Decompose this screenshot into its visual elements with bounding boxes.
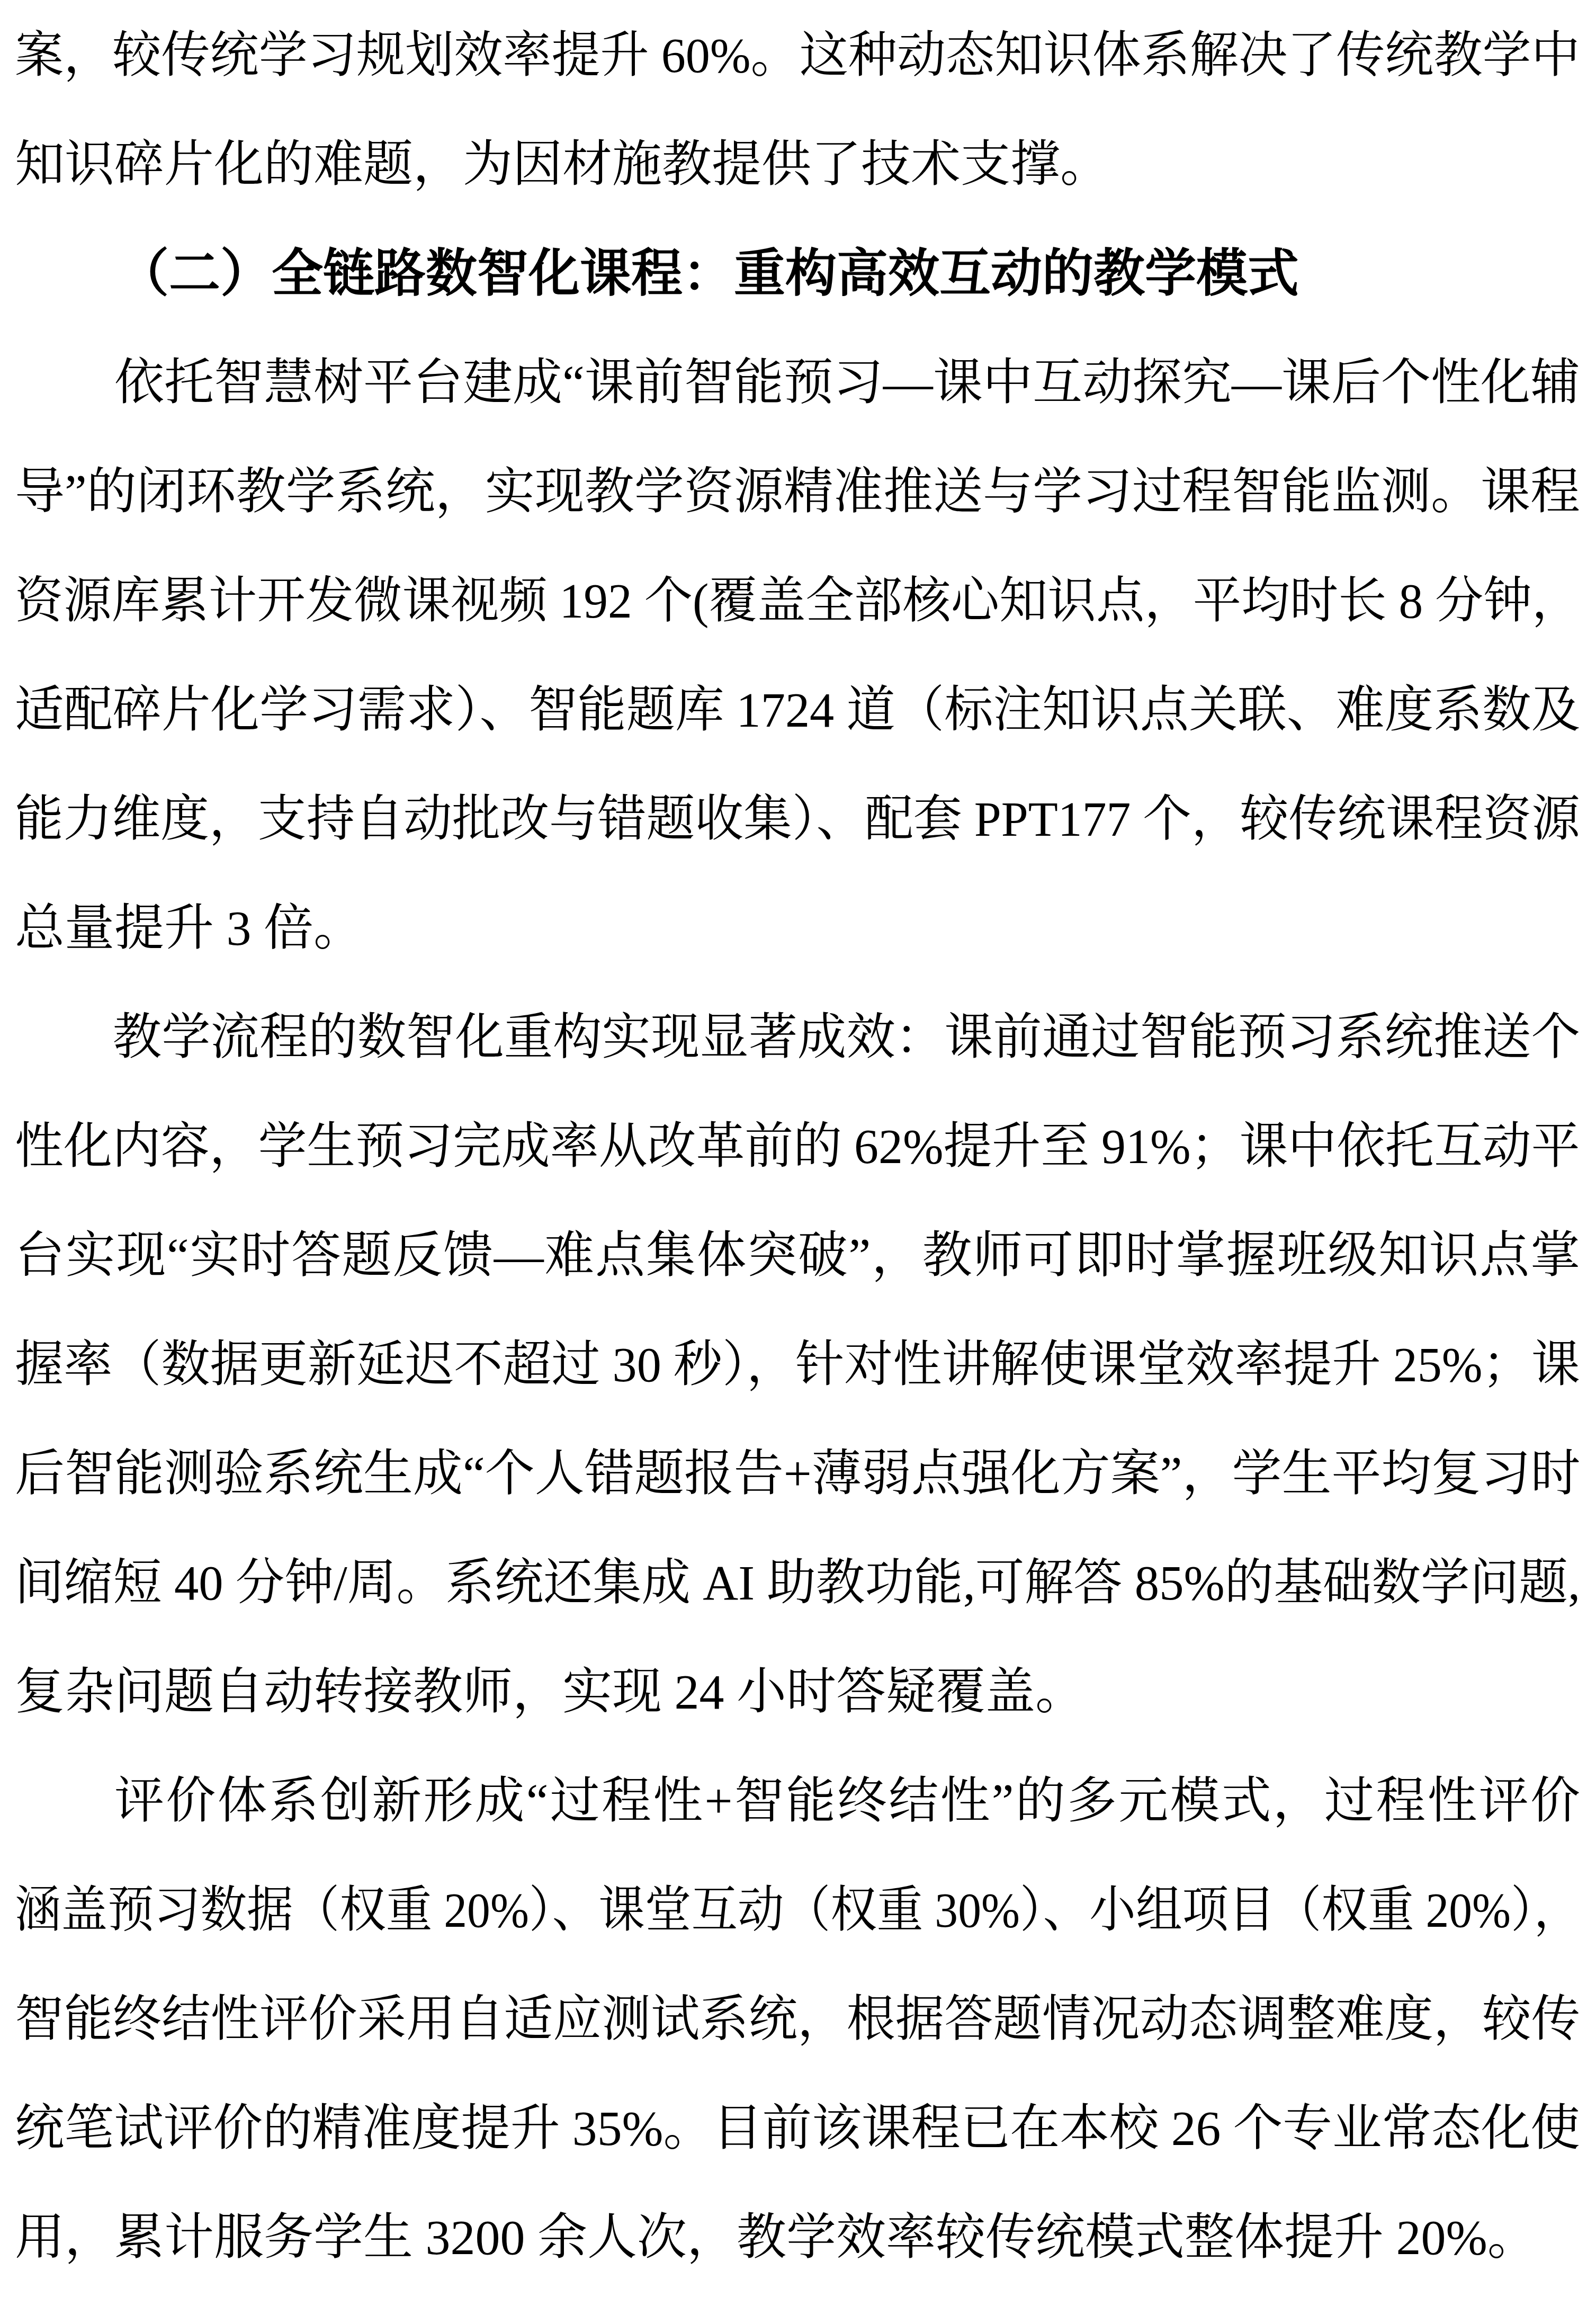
paragraph-line: 评价体系创新形成“过程性+智能终结性”的多元模式，过程性评价 (15, 1747, 1580, 1856)
paragraph-line: 涵盖预习数据（权重 20%）、课堂互动（权重 30%）、小组项目（权重 20%）… (15, 1856, 1474, 1965)
paragraph-line: 依托智慧树平台建成“课前智能预习—课中互动探究—课后个性化辅 (15, 328, 1580, 437)
paragraph-line: 统笔试评价的精准度提升 35%。目前该课程已在本校 26 个专业常态化使 (15, 2074, 1573, 2183)
paragraph-line: 间缩短 40 分钟/周。系统还集成 AI 助教功能,可解答 85%的基础数学问题… (15, 1529, 1557, 1638)
paragraph-line: 智能终结性评价采用自适应测试系统，根据答题情况动态调整难度，较传 (15, 1965, 1553, 2074)
paragraph-line: 总量提升 3 倍。 (15, 874, 1580, 983)
paragraph-line: 导”的闭环教学系统，实现教学资源精准推送与学习过程智能监测。课程 (15, 437, 1580, 547)
paragraph-line: 知识碎片化的难题，为因材施教提供了技术支撑。 (15, 110, 1580, 219)
paragraph-line: 案，较传统学习规划效率提升 60%。这种动态知识体系解决了传统教学中 (15, 1, 1549, 110)
paragraph-line: 台实现“实时答题反馈—难点集体突破”，教师可即时掌握班级知识点掌 (15, 1201, 1580, 1310)
paragraph-line: 能力维度，支持自动批改与错题收集）、配套 PPT177 个，较传统课程资源 (15, 765, 1543, 874)
document-page: 案，较传统学习规划效率提升 60%。这种动态知识体系解决了传统教学中 知识碎片化… (0, 0, 1596, 2297)
section-heading: （二）全链路数智化课程：重构高效互动的教学模式 (15, 219, 1580, 328)
paragraph-line: 教学流程的数智化重构实现显著成效：课前通过智能预习系统推送个 (15, 983, 1553, 1092)
paragraph-line: 后智能测验系统生成“个人错题报告+薄弱点强化方案”，学生平均复习时 (15, 1419, 1580, 1529)
paragraph-line: 适配碎片化学习需求）、智能题库 1724 道（标注知识点关联、难度系数及 (15, 656, 1553, 765)
paragraph-line: 资源库累计开发微课视频 192 个(覆盖全部核心知识点，平均时长 8 分钟， (15, 547, 1537, 656)
paragraph-line: 复杂问题自动转接教师，实现 24 小时答疑覆盖。 (15, 1638, 1580, 1747)
paragraph-line: 性化内容，学生预习完成率从改革前的 62%提升至 91%；课中依托互动平 (15, 1092, 1545, 1201)
paragraph-line: 用，累计服务学生 3200 余人次，教学效率较传统模式整体提升 20%。 (15, 2183, 1580, 2292)
paragraph-line: 握率（数据更新延迟不超过 30 秒），针对性讲解使课堂效率提升 25%；课 (15, 1310, 1549, 1419)
